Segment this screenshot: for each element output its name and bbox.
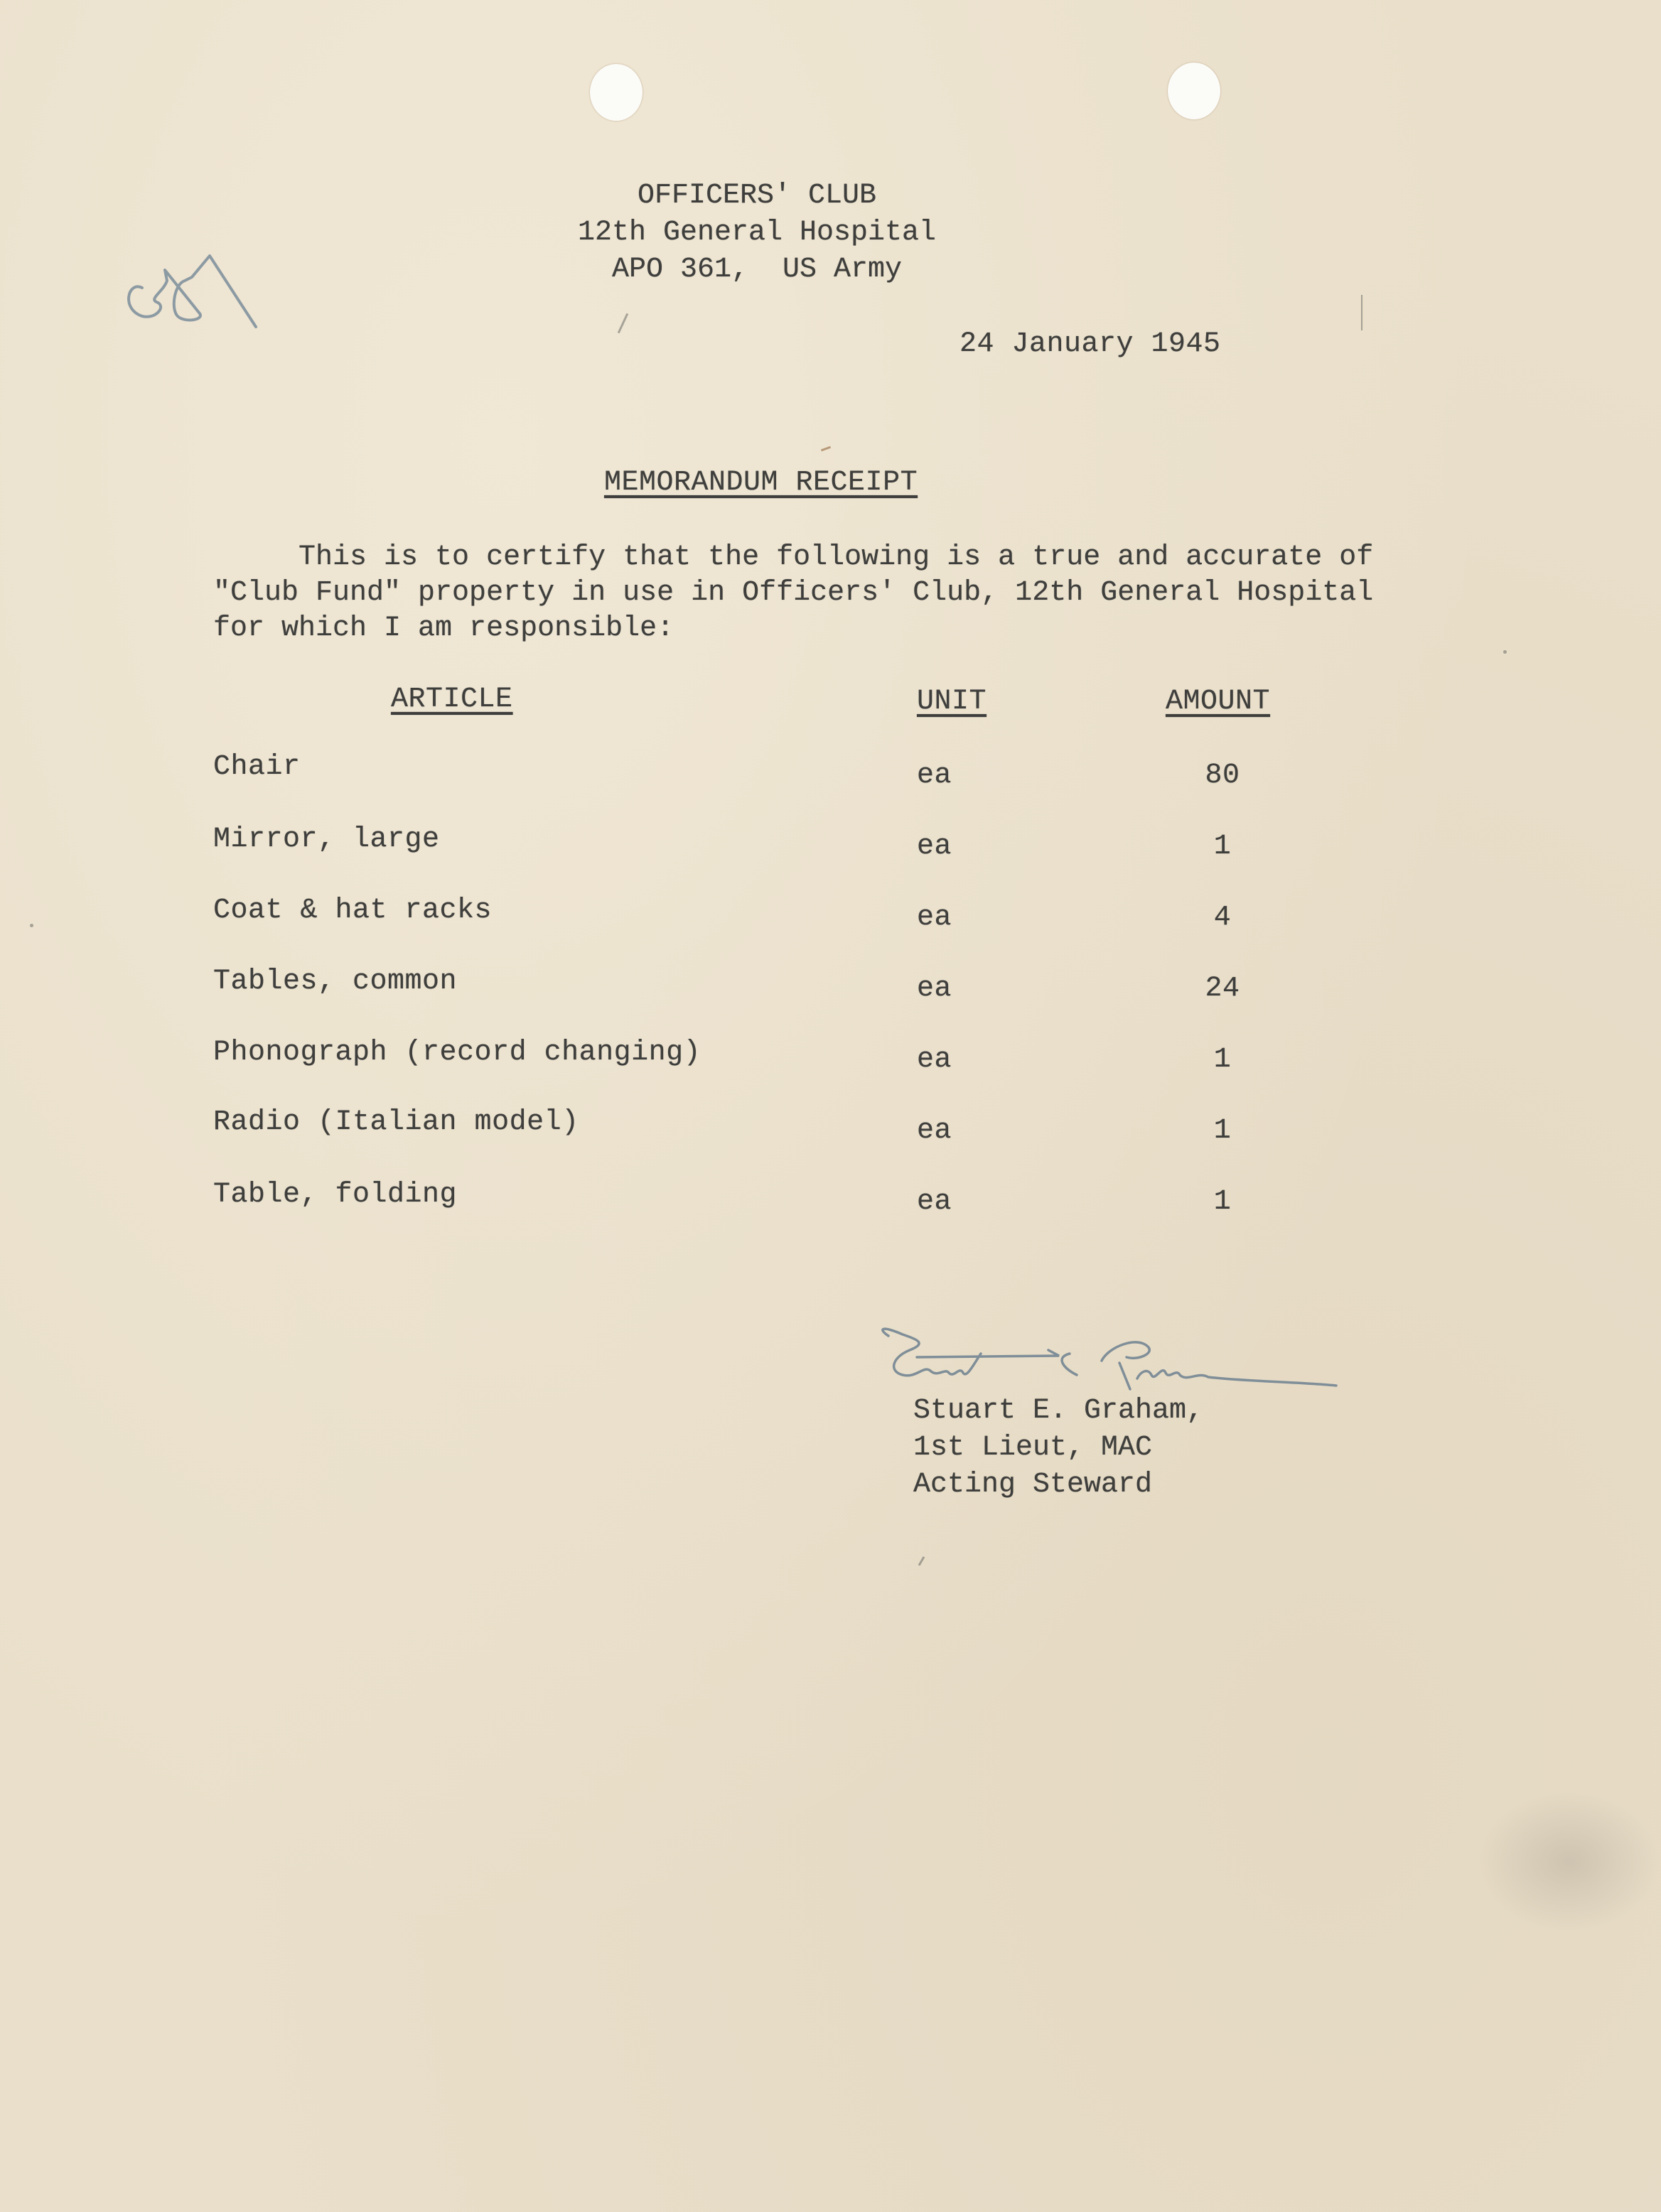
- amount-cell: 4: [1166, 904, 1279, 932]
- article-cell: Table, folding: [213, 1181, 457, 1209]
- table-header-amount: AMOUNT: [1166, 688, 1270, 716]
- amount-cell: 24: [1166, 975, 1279, 1003]
- unit-cell: ea: [917, 975, 952, 1003]
- letterhead-hospital: 12th General Hospital: [498, 215, 1016, 252]
- article-cell: Chair: [213, 753, 301, 782]
- body-line: This is to certify that the following is…: [213, 540, 1436, 576]
- amount-cell: 1: [1166, 1117, 1279, 1145]
- body-line: for which I am responsible:: [213, 611, 1436, 647]
- unit-cell: ea: [917, 833, 952, 861]
- article-cell: Phonograph (record changing): [213, 1039, 701, 1067]
- article-cell: Radio (Italian model): [213, 1108, 579, 1137]
- article-cell: Mirror, large: [213, 826, 440, 854]
- body-line: "Club Fund" property in use in Officers'…: [213, 576, 1436, 611]
- pencil-annotation-icon: [114, 252, 299, 338]
- punch-hole-left: [590, 64, 643, 121]
- signatory-rank: 1st Lieut, MAC: [913, 1430, 1203, 1467]
- article-cell: Coat & hat racks: [213, 897, 492, 925]
- document-date: 24 January 1945: [959, 330, 1221, 359]
- table-header-article: ARTICLE: [391, 686, 513, 714]
- letterhead: OFFICERS' CLUB 12th General Hospital APO…: [498, 178, 1016, 288]
- amount-cell: 1: [1166, 1188, 1279, 1216]
- unit-cell: ea: [917, 1046, 952, 1074]
- pencil-smudge: [1478, 1791, 1661, 1933]
- stray-mark: [1503, 650, 1507, 654]
- letterhead-club-name: OFFICERS' CLUB: [498, 178, 1016, 215]
- amount-cell: 1: [1166, 833, 1279, 861]
- stray-mark: [30, 924, 33, 927]
- unit-cell: ea: [917, 762, 952, 790]
- unit-cell: ea: [917, 1188, 952, 1216]
- document-title: MEMORANDUM RECEIPT: [604, 469, 918, 497]
- signature-block: Stuart E. Graham, 1st Lieut, MAC Acting …: [913, 1393, 1203, 1504]
- amount-cell: 1: [1166, 1046, 1279, 1074]
- signatory-name: Stuart E. Graham,: [913, 1393, 1203, 1430]
- amount-cell: 80: [1166, 762, 1279, 790]
- letterhead-address: APO 361, US Army: [498, 252, 1016, 288]
- unit-cell: ea: [917, 904, 952, 932]
- unit-cell: ea: [917, 1117, 952, 1145]
- signatory-title: Acting Steward: [913, 1467, 1203, 1504]
- certification-paragraph: This is to certify that the following is…: [213, 540, 1436, 647]
- stray-mark: [1361, 295, 1362, 330]
- table-header-unit: UNIT: [917, 688, 987, 716]
- article-cell: Tables, common: [213, 968, 457, 996]
- punch-hole-right: [1168, 63, 1220, 119]
